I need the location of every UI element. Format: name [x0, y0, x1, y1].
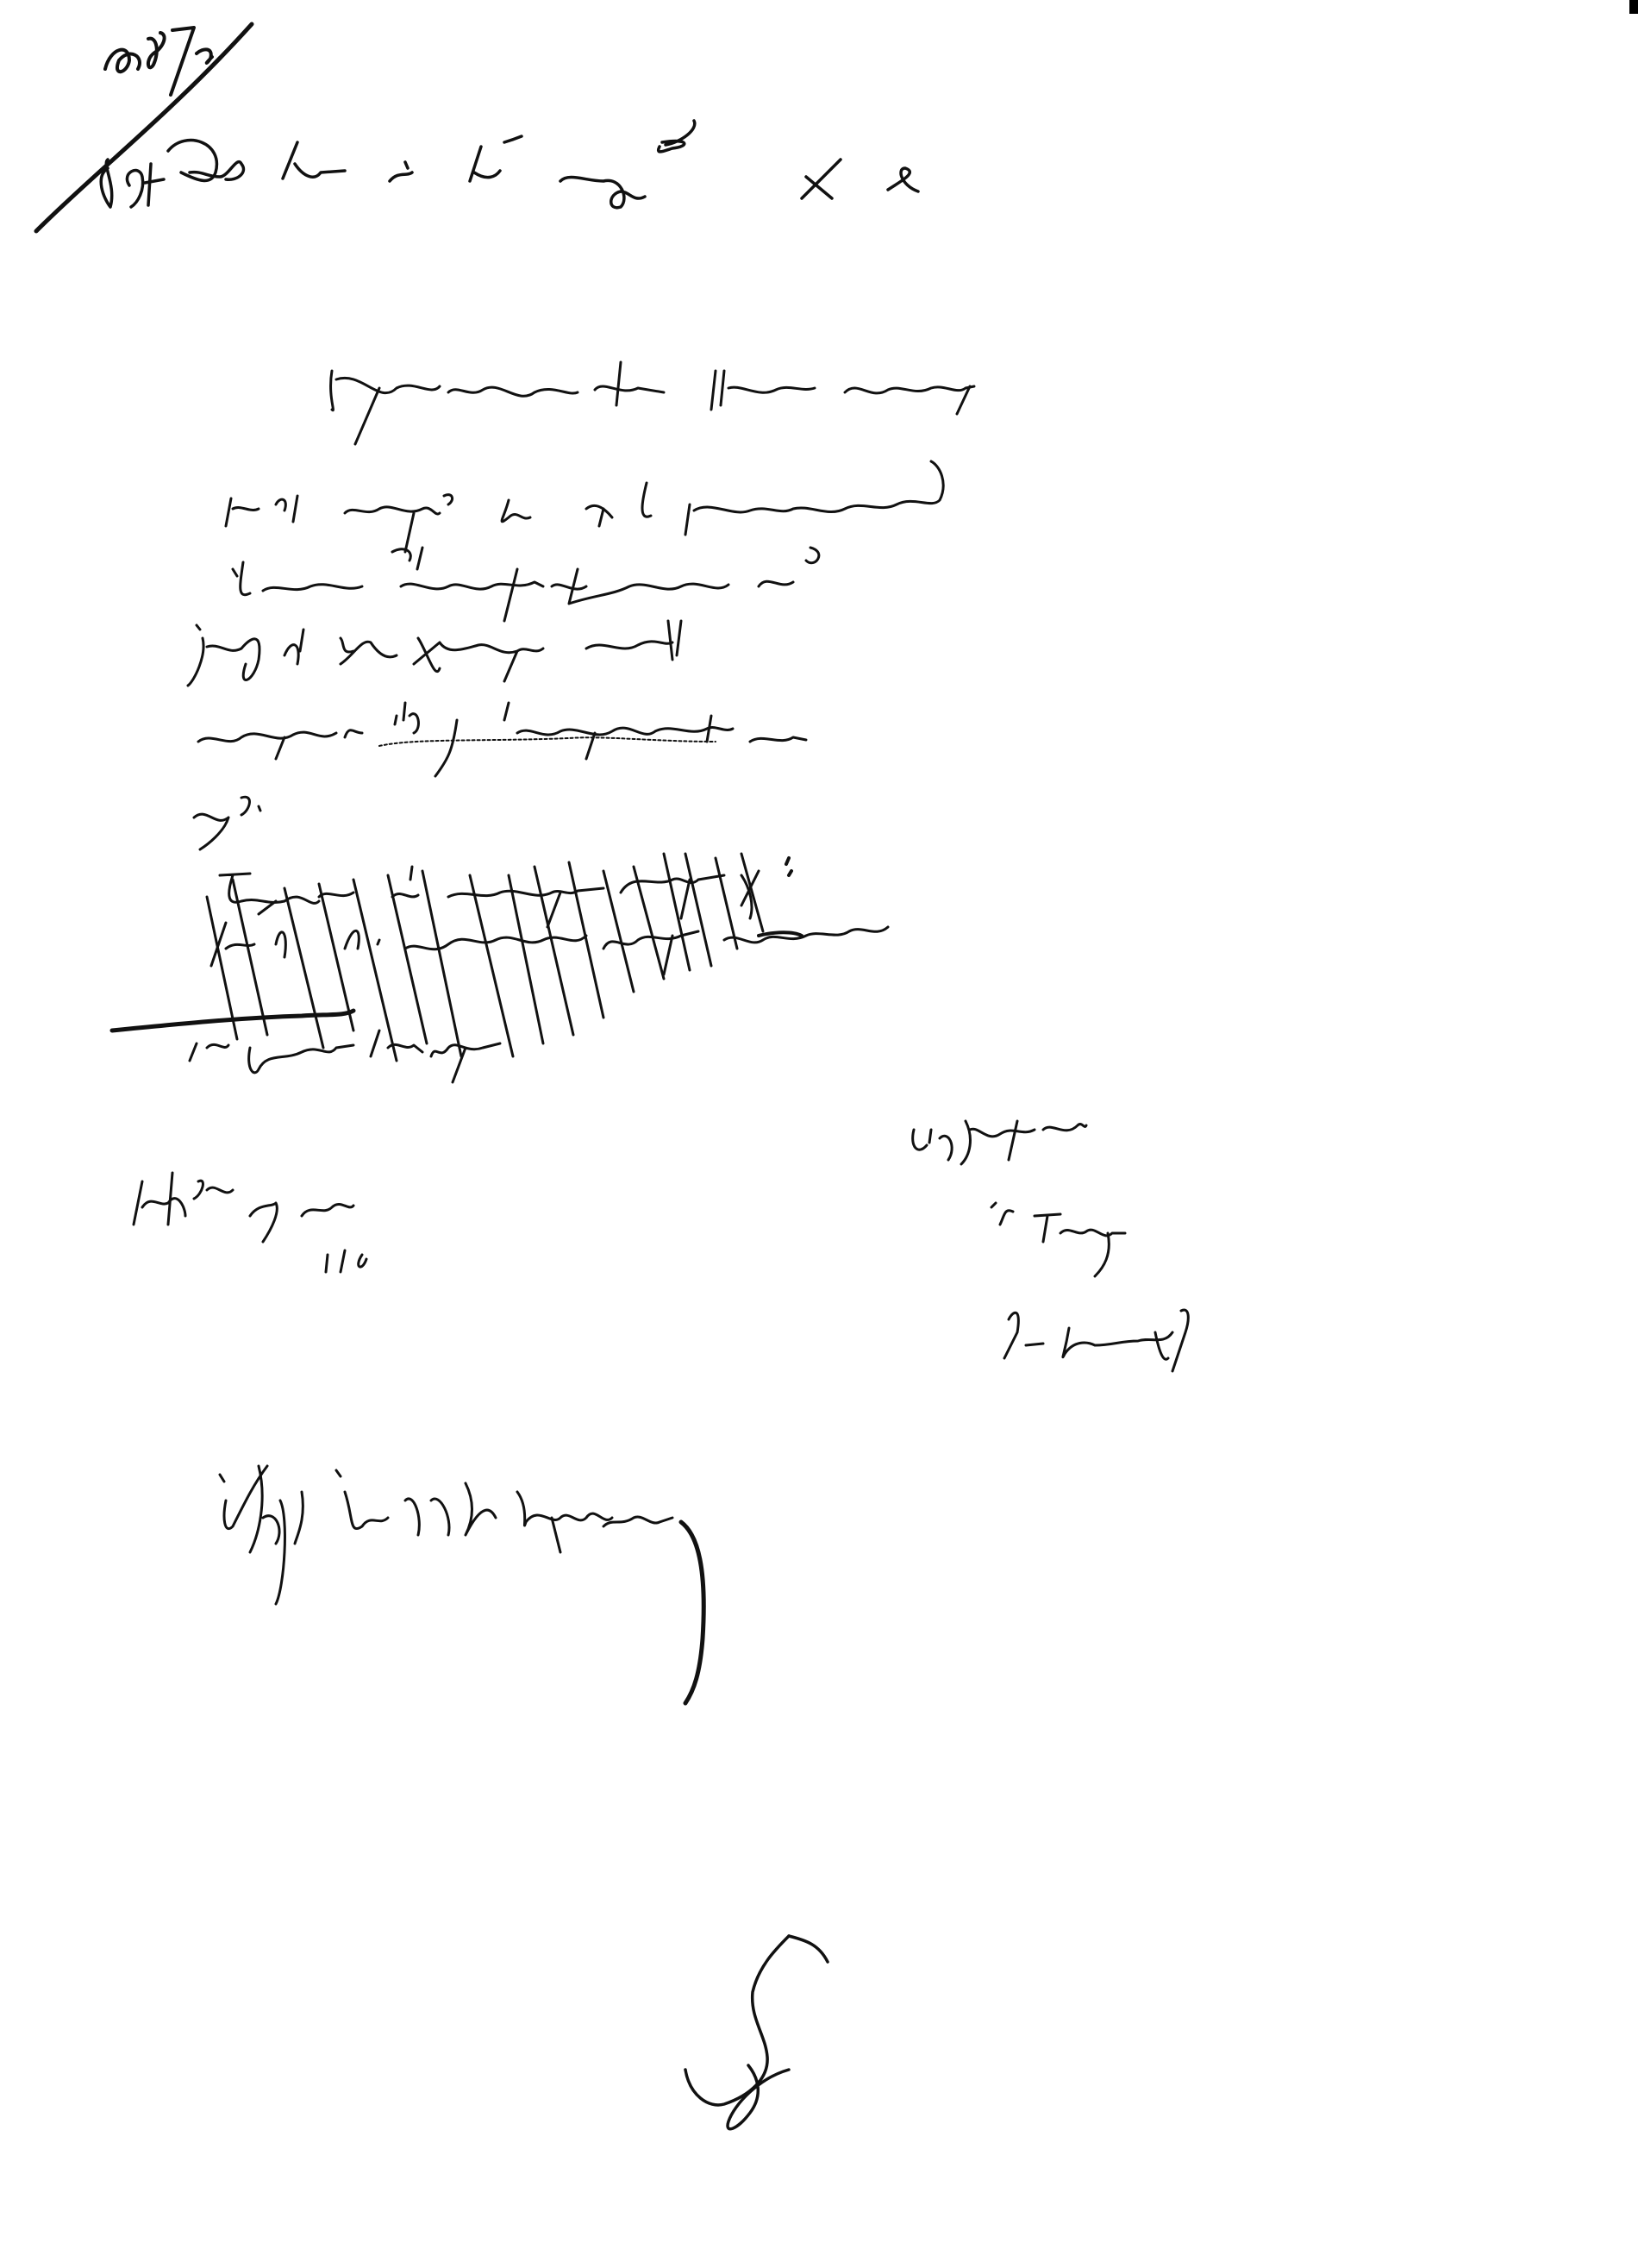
struck-paragraph-ink: [112, 854, 888, 1082]
bottom-mark-ink: [685, 1936, 828, 2129]
annotation-ink: [220, 1466, 703, 1703]
handwriting-ink: [0, 0, 1638, 2268]
manuscript-page: 2872 8947 Πρὸς τὸν ἐν Ἀθ. ἐπιτρ. Κ. Σ. Ἀ…: [0, 0, 1638, 2268]
body-ink: [188, 362, 974, 849]
closing-ink: [134, 1121, 1188, 1371]
header-ink: [101, 121, 918, 208]
catalog-number-struck: [36, 24, 252, 231]
